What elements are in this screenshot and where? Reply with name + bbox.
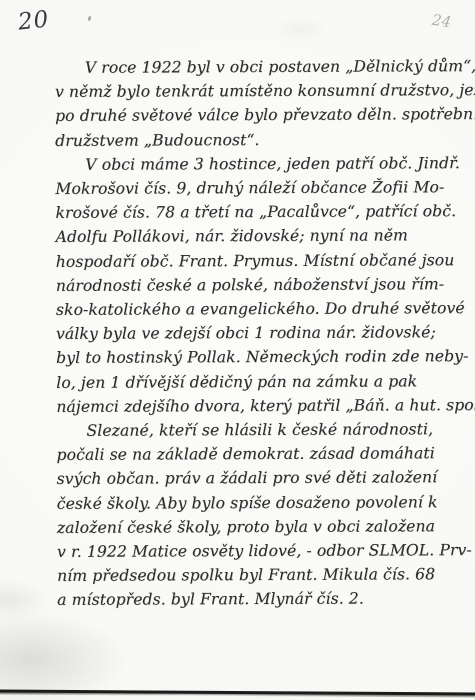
page-number: 20 xyxy=(17,6,51,35)
handwritten-line: hospodaří obč. Frant. Prymus. Místní obč… xyxy=(56,248,470,274)
handwritten-line: založení české školy, proto byla v obci … xyxy=(57,514,471,540)
handwritten-line: nájemci zdejšího dvora, který patřil „Bá… xyxy=(56,393,470,419)
handwritten-line: české školy. Aby bylo spíše dosaženo pov… xyxy=(57,490,471,516)
handwritten-line: války byla ve zdejší obci 1 rodina nár. … xyxy=(56,320,470,346)
handwritten-line: a místopředs. byl Frant. Mlynář čís. 2. xyxy=(57,587,471,613)
handwritten-line: V obci máme 3 hostince, jeden patří obč.… xyxy=(55,151,469,177)
handwritten-line: svých občan. práv a žádali pro své děti … xyxy=(57,466,471,492)
handwritten-line: krošové čís. 78 a třetí na „Pacalůvce“, … xyxy=(55,199,469,225)
handwriting-block: V roce 1922 byl v obci postaven „Dělnick… xyxy=(55,54,471,612)
handwritten-line: Slezané, kteří se hlásili k české národn… xyxy=(56,417,470,443)
handwritten-line: byl to hostinský Pollak. Německých rodin… xyxy=(56,345,470,371)
handwritten-line: sko-katolického a evangelického. Do druh… xyxy=(56,296,470,322)
handwritten-line: V roce 1922 byl v obci postaven „Dělnick… xyxy=(55,54,469,80)
handwritten-line: počali se na základě demokrat. zásad dom… xyxy=(56,441,470,467)
pencil-corner-mark: 24 xyxy=(431,11,452,31)
scanned-document-page: 20 24 V roce 1922 byl v obci postaven „D… xyxy=(0,0,475,700)
scan-bottom-edge xyxy=(0,690,475,696)
paragraph-hostince: V obci máme 3 hostince, jeden patří obč.… xyxy=(55,151,470,419)
handwritten-line: národnosti české a polské, náboženství j… xyxy=(56,272,470,298)
handwritten-line: po druhé světové válce bylo převzato děl… xyxy=(55,103,469,129)
handwritten-line: ním předsedou spolku byl Frant. Mikula č… xyxy=(57,562,471,588)
handwritten-line: v němž bylo tenkrát umístěno konsumní dr… xyxy=(55,78,469,104)
paragraph-delnicky-dum: V roce 1922 byl v obci postaven „Dělnick… xyxy=(55,54,469,153)
handwritten-line: Mokrošovi čís. 9, druhý náleží občance Ž… xyxy=(55,175,469,201)
handwritten-line: družstvem „Budoucnost“. xyxy=(55,127,469,153)
handwritten-line: Adolfu Pollákovi, nár. židovské; nyní na… xyxy=(56,224,470,250)
handwritten-line: v r. 1922 Matice osvěty lidové, - odbor … xyxy=(57,538,471,564)
paragraph-slezane: Slezané, kteří se hlásili k české národn… xyxy=(56,417,471,612)
handwritten-line: lo, jen 1 dřívější dědičný pán na zámku … xyxy=(56,369,470,395)
ink-speck xyxy=(87,16,92,22)
